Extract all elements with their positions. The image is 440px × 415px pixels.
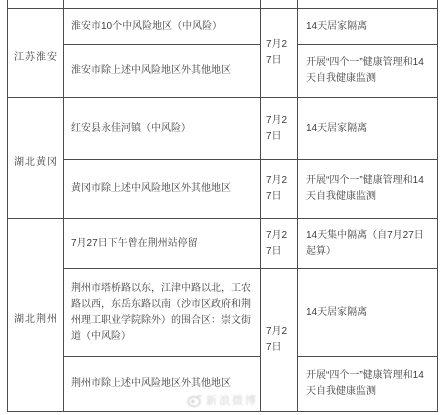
measure-cell: 14天居家隔离 [298,98,438,160]
area-cell: 黄冈市除上述中风险地区外其他地区 [64,160,261,219]
table-row: 荆州市塔桥路以东，江津中路以北，工农路以西，东岳东路以南（沙市区政府和荆州理工职… [8,269,438,357]
area-cell: 荆州市塔桥路以东，江津中路以北，工农路以西，东岳东路以南（沙市区政府和荆州理工职… [64,269,261,357]
table-row: 江苏淮安 淮安市10个中风险地区（中风险） 7月27日 14天居家隔离 [8,9,438,45]
region-cell [8,0,64,9]
region-cell: 江苏淮安 [8,9,64,98]
area-cell: 红安县永佳河镇（中风险） [64,98,261,160]
table-row-cutoff [8,0,438,9]
area-cell: 淮安市10个中风险地区（中风险） [64,9,261,45]
table-row: 淮安市除上述中风险地区外其他地区 开展“四个一”健康管理和14天自我健康监测 [8,45,438,98]
weibo-logo-icon [187,394,202,407]
date-cell: 7月27日 [261,219,298,269]
date-cell [261,0,298,9]
risk-area-notice-page: 江苏淮安 淮安市10个中风险地区（中风险） 7月27日 14天居家隔离 淮安市除… [0,0,440,415]
table-row: 黄冈市除上述中风险地区外其他地区 7月27日 开展“四个一”健康管理和14天自我… [8,160,438,219]
measure-cell: 开展“四个一”健康管理和14天自我健康监测 [298,357,438,412]
region-cell: 湖北荆州 [8,219,64,412]
measure-cell: 14天集中隔离（自7月27日起算） [298,219,438,269]
table-row: 湖北荆州 7月27日下午曾在荆州站停留 7月27日 14天集中隔离（自7月27日… [8,219,438,269]
date-cell: 7月27日 [261,160,298,219]
region-cell: 湖北黄冈 [8,98,64,219]
area-cell: 7月27日下午曾在荆州站停留 [64,219,261,269]
date-cell: 7月27日 [261,98,298,160]
date-cell: 7月27日 [261,9,298,98]
risk-area-table: 江苏淮安 淮安市10个中风险地区（中风险） 7月27日 14天居家隔离 淮安市除… [7,0,438,412]
measure-cell: 开展“四个一”健康管理和14天自我健康监测 [298,45,438,98]
area-cell: 淮安市除上述中风险地区外其他地区 [64,45,261,98]
measure-cell: 开展“四个一”健康管理和14天自我健康监测 [298,160,438,219]
area-cell [64,0,261,9]
measure-cell: 14天居家隔离 [298,9,438,45]
date-cell: 7月27日 [261,269,298,412]
table-row: 湖北黄冈 红安县永佳河镇（中风险） 7月27日 14天居家隔离 [8,98,438,160]
weibo-watermark: 新浪微博 [187,392,258,408]
watermark-text: 新浪微博 [206,392,258,408]
measure-cell [298,0,438,9]
measure-cell: 14天居家隔离 [298,269,438,357]
